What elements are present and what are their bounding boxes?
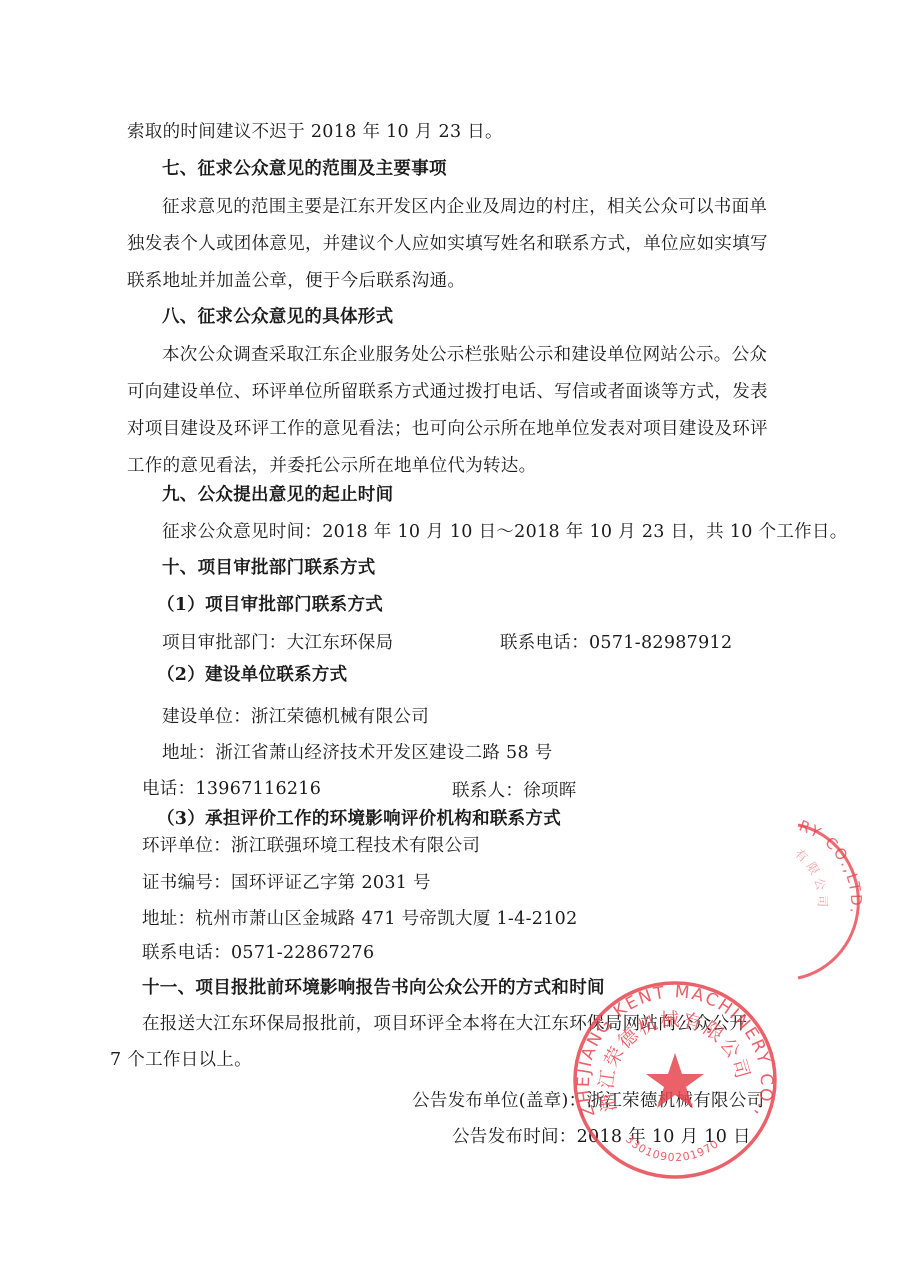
section-heading: （3）承担评价工作的环境影响评价机构和联系方式 [157, 808, 561, 830]
text-line: 7 个工作日以上。 [110, 1049, 252, 1071]
text-line: 联系电话：0571-82987912 [500, 632, 732, 654]
text-line: 工作的意见看法，并委托公示所在地单位代为转达。 [127, 455, 536, 477]
section-heading: 十一、项目报批前环境影响报告书向公众公开的方式和时间 [142, 977, 605, 999]
partial-seal-stamp: RY CO.,LTD. 有限公司 [790, 820, 900, 980]
text-line: 地址：浙江省萧山经济技术开发区建设二路 58 号 [162, 742, 553, 764]
text-line: 证书编号：国环评证乙字第 2031 号 [142, 872, 431, 894]
company-seal-stamp: ZHEJIANG KENT MACHINERY CO.,LTD. 浙江荣德机械有… [555, 975, 795, 1185]
text-line: 联系人：徐项晖 [452, 780, 577, 802]
text-line: 地址：杭州市萧山区金城路 471 号帝凯大厦 1-4-2102 [142, 908, 578, 930]
section-heading: （1）项目审批部门联系方式 [157, 594, 383, 616]
text-line: 索取的时间建议不迟于 2018 年 10 月 23 日。 [127, 121, 503, 143]
text-line: 项目审批部门：大江东环保局 [162, 632, 393, 654]
svg-text:有限公司: 有限公司 [792, 846, 829, 911]
section-heading: 七、征求公众意见的范围及主要事项 [162, 158, 447, 180]
text-line: 建设单位：浙江荣德机械有限公司 [162, 706, 429, 728]
section-heading: 十、项目审批部门联系方式 [162, 557, 376, 579]
text-line: 独发表个人或团体意见，并建议个人应如实填写姓名和联系方式，单位应如实填写 [127, 233, 768, 255]
section-heading: 八、征求公众意见的具体形式 [162, 306, 393, 328]
text-line: 电话：13967116216 [142, 778, 321, 800]
partial-seal-icon: RY CO.,LTD. 有限公司 [790, 820, 900, 980]
seal-icon: ZHEJIANG KENT MACHINERY CO.,LTD. 浙江荣德机械有… [555, 975, 795, 1185]
text-line: 征求公众意见时间：2018 年 10 月 10 日～2018 年 10 月 23… [162, 521, 848, 543]
text-line: 对项目建设及环评工作的意见看法；也可向公示所在地单位发表对项目建设及环评 [127, 418, 768, 440]
text-line: 联系地址并加盖公章，便于今后联系沟通。 [127, 270, 465, 292]
text-line: 在报送大江东环保局报批前，项目环评全本将在大江东环保局网站向公众公开 [142, 1013, 747, 1035]
text-line: 联系电话：0571-22867276 [142, 942, 374, 964]
text-line: 征求意见的范围主要是江东开发区内企业及周边的村庄，相关公众可以书面单 [162, 196, 767, 218]
text-line: 公告发布时间：2018 年 10 月 10 日 [452, 1126, 751, 1148]
text-line: 本次公众调查采取江东企业服务处公示栏张贴公示和建设单位网站公示。公众 [162, 344, 767, 366]
text-line: 公告发布单位(盖章)：浙江荣德机械有限公司 [412, 1090, 764, 1112]
section-heading: 九、公众提出意见的起止时间 [162, 484, 393, 506]
section-heading: （2）建设单位联系方式 [157, 664, 347, 686]
text-line: 可向建设单位、环评单位所留联系方式通过拨打电话、写信或者面谈等方式，发表 [127, 381, 768, 403]
svg-text:RY CO.,LTD.: RY CO.,LTD. [797, 820, 865, 916]
text-line: 环评单位：浙江联强环境工程技术有限公司 [142, 835, 480, 857]
